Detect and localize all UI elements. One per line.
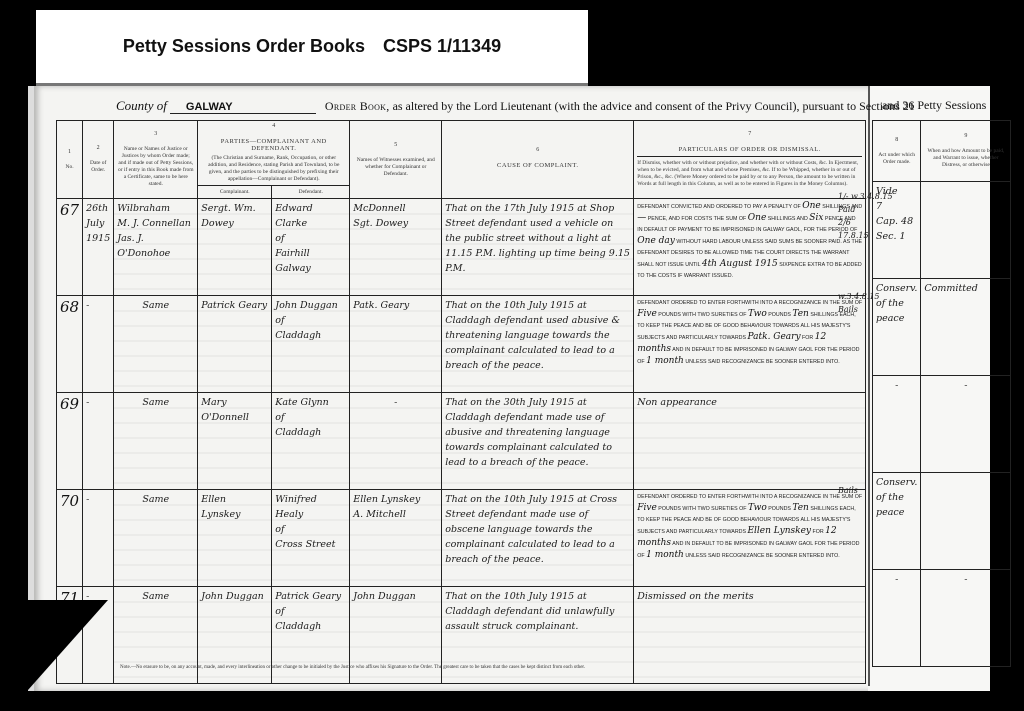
entry-act: - <box>873 570 921 667</box>
page-heading-continued: and 36 Petty Sessions <box>882 98 986 113</box>
entry-complainant: Ellen Lynskey <box>198 490 272 587</box>
table-row: Conserv. of the peace <box>873 473 1011 570</box>
order-book-table: 1No. 2Date of Order. 3Name or Names of J… <box>56 120 866 684</box>
book-gutter <box>868 86 870 686</box>
col-act-header: 8Act under which Order made. <box>873 121 921 182</box>
footer-note: Note.—No erasure to be, on any account, … <box>120 665 585 670</box>
entry-justices: Same <box>114 393 198 490</box>
entry-payment: - <box>921 570 1011 667</box>
entry-payment <box>921 473 1011 570</box>
entry-act: Conserv. of the peace <box>873 279 921 376</box>
archive-label: Petty Sessions Order Books CSPS 1/11349 <box>36 10 588 86</box>
right-page-table: 8Act under which Order made. 9When and h… <box>872 120 1011 667</box>
entry-order-recognizance: Defendant ordered to enter forthwith int… <box>634 490 866 587</box>
page-corner-fold <box>28 600 108 690</box>
col-order-header: 7PARTICULARS OF ORDER OR DISMISSAL.If Di… <box>634 121 866 199</box>
col-parties-header: 4PARTIES—COMPLAINANT AND DEFENDANT.(The … <box>198 121 350 186</box>
entry-cause: That on the 10th July 1915 at Cross Stre… <box>442 490 634 587</box>
table-row: 68 - Same Patrick Geary John Duggan of C… <box>57 296 866 393</box>
fee-note-70: Bails <box>838 484 858 497</box>
table-row: 69 - Same Mary O'Donnell Kate Glynn of C… <box>57 393 866 490</box>
entry-act: - <box>873 376 921 473</box>
reference-code: CSPS 1/11349 <box>383 36 501 57</box>
entry-order-conviction: Defendant convicted and ordered to pay a… <box>634 199 866 296</box>
entry-defendant: Kate Glynn of Claddagh <box>272 393 350 490</box>
entry-order: Dismissed on the merits <box>634 587 866 684</box>
entry-defendant: Edward Clarke of Fairhill Galway <box>272 199 350 296</box>
entry-payment <box>921 182 1011 279</box>
entry-justices: Wilbraham M. J. Connellan Jas. J. O'Dono… <box>114 199 198 296</box>
entry-witnesses: McDonnell Sgt. Dowey <box>350 199 442 296</box>
entry-defendant: John Duggan of Claddagh <box>272 296 350 393</box>
entry-defendant: Winifred Healy of Cross Street <box>272 490 350 587</box>
col-witnesses-header: 5Names of Witnesses examined, and whethe… <box>350 121 442 199</box>
book-title: Order Book, <box>325 99 390 113</box>
col-payment-header: 9When and how Amount to be paid, and War… <box>921 121 1011 182</box>
entry-number: 69 <box>57 393 83 490</box>
entry-number: 70 <box>57 490 83 587</box>
entry-date: - <box>83 490 114 587</box>
entry-act: Conserv. of the peace <box>873 473 921 570</box>
defendant-subheader: Defendant. <box>272 186 350 199</box>
entry-date: - <box>83 393 114 490</box>
authority-text: as altered by the Lord Lieutenant (with … <box>393 99 915 113</box>
entry-witnesses: - <box>350 393 442 490</box>
entry-witnesses: Ellen Lynskey A. Mitchell <box>350 490 442 587</box>
entry-justices: Same <box>114 490 198 587</box>
entry-cause: That on the 10th July 1915 at Claddagh d… <box>442 296 634 393</box>
entry-act: Vide 7 Cap. 48 Sec. 1 <box>873 182 921 279</box>
table-row: -- <box>873 570 1011 667</box>
entry-number: 67 <box>57 199 83 296</box>
table-row: Conserv. of the peaceCommitted <box>873 279 1011 376</box>
entry-witnesses: Patk. Geary <box>350 296 442 393</box>
col-date-header: 2Date of Order. <box>83 121 114 199</box>
continuation-text: and 36 Petty Sessions <box>882 98 986 112</box>
county-value: GALWAY <box>170 101 316 114</box>
table-row: 67 26th July 1915 Wilbraham M. J. Connel… <box>57 199 866 296</box>
table-row: 70 - Same Ellen Lynskey Winifred Healy o… <box>57 490 866 587</box>
header-row: 1No. 2Date of Order. 3Name or Names of J… <box>57 121 866 186</box>
complainant-subheader: Complainant. <box>198 186 272 199</box>
entry-number: 68 <box>57 296 83 393</box>
table-row: -- <box>873 376 1011 473</box>
entry-order-recognizance: Defendant ordered to enter forthwith int… <box>634 296 866 393</box>
entry-complainant: Mary O'Donnell <box>198 393 272 490</box>
entry-date: - <box>83 296 114 393</box>
entry-complainant: Sergt. Wm. Dowey <box>198 199 272 296</box>
entry-justices: Same <box>114 296 198 393</box>
entry-date: 26th July 1915 <box>83 199 114 296</box>
entry-complainant: Patrick Geary <box>198 296 272 393</box>
page-heading: County of GALWAY Order Book, as altered … <box>116 98 915 114</box>
county-prefix: County of <box>116 98 167 113</box>
entry-cause: That on the 30th July 1915 at Claddagh d… <box>442 393 634 490</box>
right-header-row: 8Act under which Order made. 9When and h… <box>873 121 1011 182</box>
table-row: Vide 7 Cap. 48 Sec. 1 <box>873 182 1011 279</box>
entry-payment: Committed <box>921 279 1011 376</box>
entry-order: Non appearance <box>634 393 866 490</box>
entry-cause: That on the 17th July 1915 at Shop Stree… <box>442 199 634 296</box>
col-justices-header: 3Name or Names of Justice or Justices by… <box>114 121 198 199</box>
col-cause-header: 6CAUSE OF COMPLAINT. <box>442 121 634 199</box>
series-title: Petty Sessions Order Books <box>123 36 365 57</box>
col-no-header: 1No. <box>57 121 83 199</box>
entry-payment: - <box>921 376 1011 473</box>
